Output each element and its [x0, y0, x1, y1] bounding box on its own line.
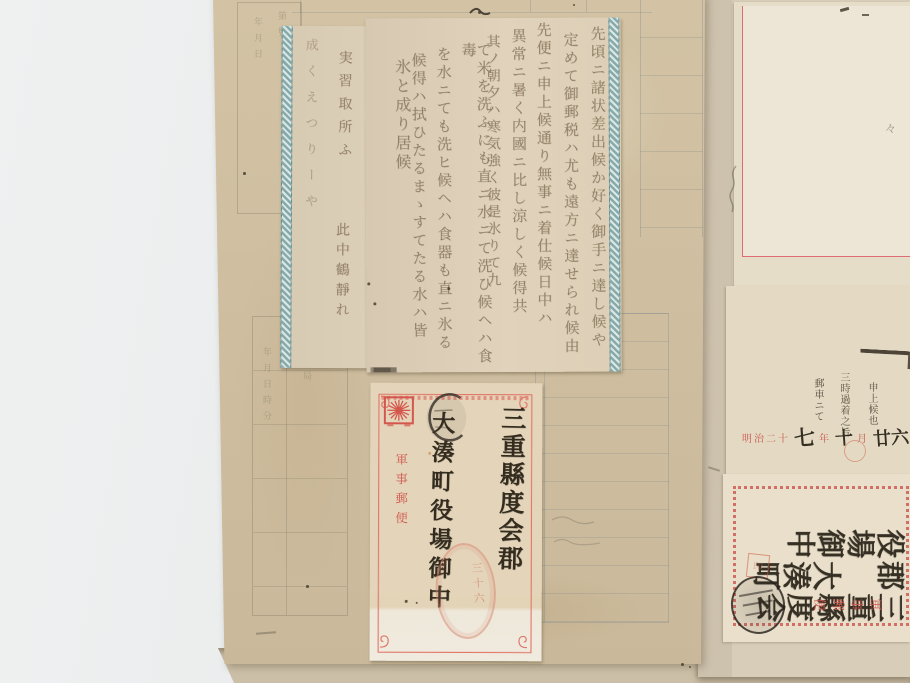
cursive-column: 異常ニ暑く内國ニ比し涼しく候得共 [510, 28, 526, 316]
address-line-1: 三重縣度会郡 [496, 405, 525, 574]
chrysanthemum-crest-icon [383, 396, 414, 427]
photo-of-archival-documents: 々 郵車ニて 三時過着之旨 申上候也 明治二十 七 年 十 月 廿六 日 [0, 0, 910, 683]
cursive-column: 成くえつりーや [303, 38, 317, 220]
corner-ornament-icon [379, 633, 395, 649]
cursive-column: 実習取所ふ [337, 50, 352, 165]
cursive-column: 定めて御郵税ハ尤も遠方ニ達せられ候由 [562, 32, 578, 356]
speck [428, 452, 431, 455]
faint-tick [300, 0, 301, 12]
cursive-column: 先便ニ申上候通り無事ニ着仕候日中ハ [535, 22, 551, 328]
speck [367, 282, 370, 285]
faint-tick [586, 0, 587, 12]
speck [573, 4, 575, 6]
cursive-column: を水ニても洗ヒ候ヘハ食器も直ニ氷る [435, 46, 451, 352]
faint-form-text: 年月日 [252, 17, 261, 65]
corner-ornament-icon [513, 633, 529, 649]
speck [373, 302, 376, 305]
speck [416, 602, 418, 604]
letter-main-sheet: 先頃ニ諸状差出候か好く御手ニ達し候や 定めて御郵税ハ尤も遠方ニ達せられ候由 先便… [365, 18, 621, 373]
speck [681, 663, 684, 666]
postcard-front: 軍事郵便 三重縣度会郡 大湊町役場御中 三十六 [370, 383, 543, 662]
letter-left-sheet: 実習取所ふ 此中鶴靜れ 成くえつりーや [280, 26, 371, 368]
cursive-column: 氷と成り居候 [394, 58, 410, 172]
braided-border-right [608, 18, 620, 372]
cursive-column: 候得ハ拭ひたるまゝすてたる水ハ皆 [411, 52, 427, 340]
speck [306, 585, 309, 588]
dark-smudge-mark [371, 367, 397, 372]
faint-pencil-marks [548, 512, 618, 552]
faint-form-text: 年月日時分 [261, 347, 270, 427]
speck [243, 172, 246, 175]
speck [405, 600, 408, 603]
faint-tick [530, 0, 531, 12]
braided-border-left [280, 26, 292, 368]
faint-grid-top-right [640, 0, 703, 237]
speck [478, 11, 481, 14]
cursive-column: 此中鶴靜れ [334, 222, 348, 322]
cursive-column: 先頃ニ諸状差出候か好く御手ニ達し候や [589, 26, 605, 350]
cursive-column: て米を洗ふにも直ニ水ニて洗ひ候ヘハ食毒 [460, 42, 491, 372]
speck [447, 287, 450, 290]
military-mail-label: 軍事郵便 [394, 453, 407, 531]
speck [689, 666, 691, 668]
